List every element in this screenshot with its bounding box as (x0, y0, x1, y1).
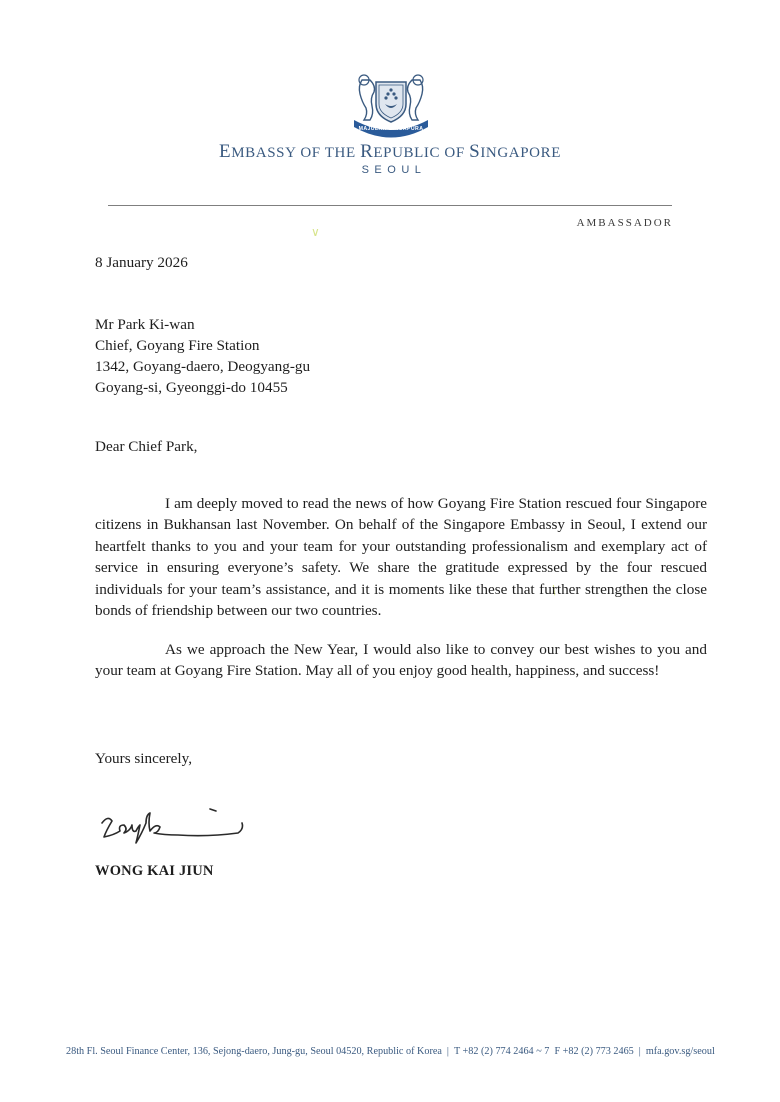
handwritten-signature-icon (98, 805, 248, 847)
closing: Yours sincerely, (95, 748, 192, 769)
footer-fax: F +82 (2) 773 2465 (554, 1046, 633, 1057)
recipient-street: 1342, Goyang-daero, Deogyang-gu (95, 356, 310, 377)
embassy-name-part: R (360, 141, 373, 162)
footer-website-link[interactable]: mfa.gov.sg/seoul (646, 1046, 715, 1057)
embassy-city: SEOUL (0, 164, 780, 176)
svg-text:MAJULAH SINGAPURA: MAJULAH SINGAPURA (359, 126, 424, 132)
recipient-title: Chief, Goyang Fire Station (95, 335, 310, 356)
body-paragraph: I am deeply moved to read the news of ho… (95, 493, 707, 621)
body-paragraph: As we approach the New Year, I would als… (95, 639, 707, 682)
letterhead-footer: 28th Fl. Seoul Finance Center, 136, Sejo… (66, 1046, 715, 1057)
embassy-name-part: EPUBLIC OF (373, 145, 469, 161)
recipient-city: Goyang-si, Gyeonggi-do 10455 (95, 377, 310, 398)
salutation: Dear Chief Park, (95, 436, 197, 457)
recipient-address: Mr Park Ki-wan Chief, Goyang Fire Statio… (95, 314, 310, 398)
footer-separator: | (447, 1046, 449, 1057)
signer-name: WONG KAI JIUN (95, 861, 214, 882)
embassy-name-part: INGAPORE (480, 145, 561, 161)
scan-mark-icon: ∨ (311, 225, 320, 239)
recipient-name: Mr Park Ki-wan (95, 314, 310, 335)
office-title: AMBASSADOR (577, 217, 673, 229)
footer-separator: | (639, 1046, 641, 1057)
footer-phone: T +82 (2) 774 2464 ~ 7 (454, 1046, 549, 1057)
embassy-name-part: S (469, 141, 480, 162)
embassy-name: EMBASSY OF THE REPUBLIC OF SINGAPORE (0, 141, 780, 163)
embassy-name-part: MBASSY OF THE (231, 145, 360, 161)
singapore-coat-of-arms-icon: MAJULAH SINGAPURA (348, 70, 434, 138)
letter-date: 8 January 2026 (95, 252, 188, 273)
footer-address: 28th Fl. Seoul Finance Center, 136, Sejo… (66, 1046, 442, 1057)
letter-page: MAJULAH SINGAPURA EMBASSY OF THE REPUBLI… (0, 0, 780, 1102)
embassy-name-part: E (219, 141, 231, 162)
letterhead-divider (108, 205, 672, 206)
